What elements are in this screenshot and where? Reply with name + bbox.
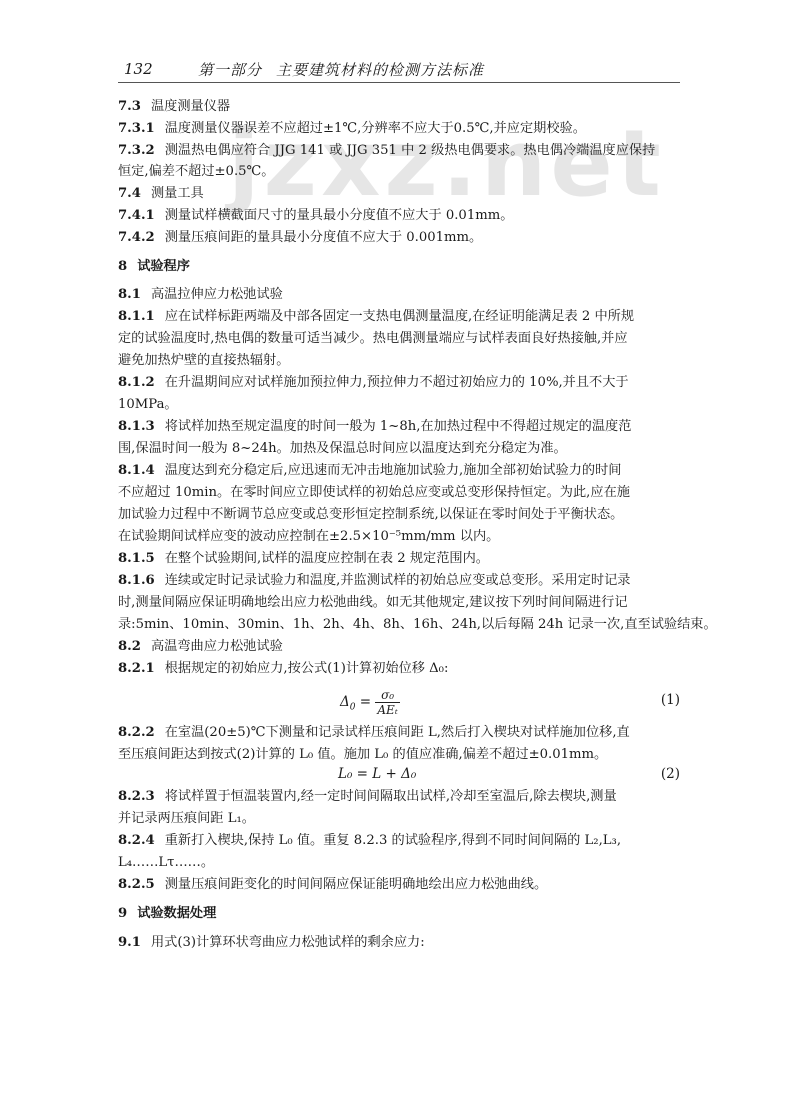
fraction: σ₀ AEₜ	[375, 688, 399, 717]
paragraph-line: 至压痕间距达到按式(2)计算的 L₀ 值。施加 L₀ 的值应准确,偏差不超过±0…	[118, 744, 680, 766]
section-heading-7-3: 7.3温度测量仪器	[118, 96, 680, 118]
paragraph-8-2-5: 8.2.5测量压痕间距变化的时间间隔应保证能明确地绘出应力松弛曲线。	[118, 874, 680, 896]
paragraph-7-3-2: 7.3.2测温热电偶应符合 JJG 141 或 JJG 351 中 2 级热电偶…	[118, 140, 680, 162]
formula-2: L₀ = L + Δ₀ (2)	[118, 764, 680, 786]
header-title: 第一部分主要建筑材料的检测方法标准	[198, 59, 484, 80]
paragraph-8-1-2: 8.1.2在升温期间应对试样施加预拉伸力,预拉伸力不超过初始应力的 10%,并且…	[118, 372, 680, 394]
paragraph-8-1-4: 8.1.4温度达到充分稳定后,应迅速而无冲击地施加试验力,施加全部初始试验力的时…	[118, 460, 680, 482]
paragraph-line: 加试验力过程中不断调节总应变或总变形恒定控制系统,以保证在零时间处于平衡状态。	[118, 504, 680, 526]
paragraph-line: 恒定,偏差不超过±0.5℃。	[118, 161, 680, 183]
equation-number: (2)	[661, 766, 680, 782]
paragraph-line: 录:5min、10min、30min、1h、2h、4h、8h、16h、24h,以…	[118, 614, 680, 636]
paragraph-line: 围,保温时间一般为 8~24h。加热及保温总时间应以温度达到充分稳定为准。	[118, 438, 680, 460]
equation-number: (1)	[661, 692, 680, 708]
paragraph-8-2-3: 8.2.3将试样置于恒温装置内,经一定时间间隔取出试样,冷却至室温后,除去楔块,…	[118, 786, 680, 808]
running-header: 132 第一部分主要建筑材料的检测方法标准	[118, 58, 680, 84]
header-subtitle: 主要建筑材料的检测方法标准	[276, 61, 484, 79]
paragraph-line: 10MPa。	[118, 394, 680, 416]
paragraph-8-1-5: 8.1.5在整个试验期间,试样的温度应控制在表 2 规定范围内。	[118, 548, 680, 570]
paragraph-line: 定的试验温度时,热电偶的数量可适当减少。热电偶测量端应与试样表面良好热接触,并应	[118, 328, 680, 350]
section-heading-7-4: 7.4测量工具	[118, 183, 680, 205]
section-heading-9-1: 9.1用式(3)计算环状弯曲应力松弛试样的剩余应力:	[118, 932, 680, 954]
paragraph-line: 避免加热炉壁的直接热辐射。	[118, 350, 680, 372]
section-heading-8-2: 8.2高温弯曲应力松弛试验	[118, 636, 680, 658]
paragraph-8-1-3: 8.1.3将试样加热至规定温度的时间一般为 1~8h,在加热过程中不得超过规定的…	[118, 416, 680, 438]
page-number: 132	[124, 60, 153, 78]
section-heading-8-1: 8.1高温拉伸应力松弛试验	[118, 284, 680, 306]
header-part: 第一部分	[198, 61, 262, 79]
paragraph-8-2-1: 8.2.1根据规定的初始应力,按公式(1)计算初始位移 Δ₀:	[118, 658, 680, 680]
paragraph-7-3-1: 7.3.1温度测量仪器误差不应超过±1℃,分辨率不应大于0.5℃,并应定期校验。	[118, 118, 680, 140]
paragraph-8-1-1: 8.1.1应在试样标距两端及中部各固定一支热电偶测量温度,在经证明能满足表 2 …	[118, 306, 680, 328]
paragraph-7-4-2: 7.4.2测量压痕间距的量具最小分度值不应大于 0.001mm。	[118, 227, 680, 249]
paragraph-8-2-2: 8.2.2在室温(20±5)℃下测量和记录试样压痕间距 L,然后打入楔块对试样施…	[118, 722, 680, 744]
formula-lhs: Δ	[340, 694, 350, 710]
paragraph-line: 在试验期间试样应变的波动应控制在±2.5×10⁻⁵mm/mm 以内。	[118, 526, 680, 548]
paragraph-line: 并记录两压痕间距 L₁。	[118, 808, 680, 830]
chapter-heading-8: 8试验程序	[118, 256, 680, 278]
paragraph-8-1-6: 8.1.6连续或定时记录试验力和温度,并监测试样的初始总应变或总变形。采用定时记…	[118, 570, 680, 592]
paragraph-line: L₄……Lτ……。	[118, 852, 680, 874]
paragraph-line: 时,测量间隔应保证明确地绘出应力松弛曲线。如无其他规定,建议按下列时间间隔进行记	[118, 592, 680, 614]
header-rule	[118, 82, 680, 83]
paragraph-8-2-4: 8.2.4重新打入楔块,保持 L₀ 值。重复 8.2.3 的试验程序,得到不同时…	[118, 830, 680, 852]
paragraph-line: 不应超过 10min。在零时间应立即使试样的初始总应变或总变形保持恒定。为此,应…	[118, 482, 680, 504]
paragraph-7-4-1: 7.4.1测量试样横截面尺寸的量具最小分度值不应大于 0.01mm。	[118, 205, 680, 227]
formula-expression: L₀ = L + Δ₀	[338, 766, 416, 782]
chapter-heading-9: 9试验数据处理	[118, 903, 680, 925]
formula-1: Δ0 = σ₀ AEₜ (1)	[118, 680, 680, 720]
